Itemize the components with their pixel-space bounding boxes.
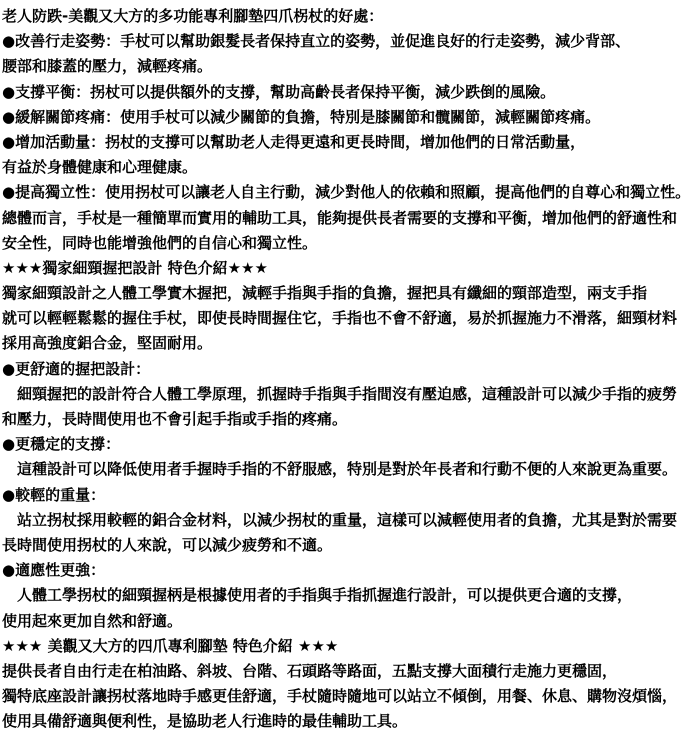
adaptability-detail-2: 使用起來更加自然和舒適。	[2, 609, 698, 634]
bullet-independence: ●提高獨立性：使用拐杖可以讓老人自主行動，減少對他人的依賴和照顧，提高他們的自尊…	[2, 180, 698, 205]
grip-intro-line-2: 就可以輕輕鬆鬆的握住手杖，即使長時間握住它，手指也不會不舒適，易於抓握施力不滑落…	[2, 306, 698, 331]
foot-pad-detail-3: 使用具備舒適與便利性，是協助老人行進時的最佳輔助工具。	[2, 709, 698, 734]
foot-pad-detail-2: 獨特底座設計讓拐杖落地時手感更佳舒適，手杖隨時隨地可以站立不傾倒，用餐、休息、購…	[2, 684, 698, 709]
product-description-document: 老人防跌-美觀又大方的多功能專利腳墊四爪柺杖的好處： ●改善行走姿勢：手杖可以幫…	[0, 0, 700, 739]
comfort-grip-detail-1: 細頸握把的設計符合人體工學原理，抓握時手指與手指間沒有壓迫感，這種設計可以減少手…	[2, 382, 698, 407]
grip-intro-line-1: 獨家細頸設計之人體工學實木握把，減輕手指與手指的負擔，握把具有纖細的頸部造型，兩…	[2, 281, 698, 306]
bullet-improve-posture: ●改善行走姿勢：手杖可以幫助銀髮長者保持直立的姿勢，並促進良好的行走姿勢，減少背…	[2, 29, 698, 54]
adaptability-detail-1: 人體工學拐杖的細頸握柄是根據使用者的手指與手指抓握進行設計，可以提供更合適的支撐…	[2, 583, 698, 608]
bullet-stable-support: ●更穩定的支撐：	[2, 432, 698, 457]
bullet-joint-pain-relief: ●緩解關節疼痛：使用手杖可以減少關節的負擔，特別是膝關節和髖關節，減輕關節疼痛。	[2, 105, 698, 130]
grip-intro-line-3: 採用高強度鋁合金，堅固耐用。	[2, 331, 698, 356]
bullet-increase-activity-cont: 有益於身體健康和心理健康。	[2, 155, 698, 180]
section-heading-slim-neck-grip: ★★★獨家細頸握把設計 特色介紹★★★	[2, 256, 698, 281]
lighter-weight-detail-2: 長時間使用拐杖的人來說，可以減少疲勞和不適。	[2, 533, 698, 558]
section-heading-quad-foot-pad: ★★★ 美觀又大方的四爪專利腳墊 特色介紹 ★★★	[2, 634, 698, 659]
foot-pad-detail-1: 提供長者自由行走在柏油路、斜坡、台階、石頭路等路面，五點支撐大面積行走施力更穩固…	[2, 659, 698, 684]
comfort-grip-detail-2: 和壓力，長時間使用也不會引起手指或手指的疼痛。	[2, 407, 698, 432]
title-line: 老人防跌-美觀又大方的多功能專利腳墊四爪柺杖的好處：	[2, 4, 698, 29]
summary-line-1: 總體而言，手杖是一種簡單而實用的輔助工具，能夠提供長者需要的支撐和平衡，增加他們…	[2, 206, 698, 231]
summary-line-2: 安全性，同時也能增強他們的自信心和獨立性。	[2, 231, 698, 256]
bullet-comfort-grip: ●更舒適的握把設計：	[2, 357, 698, 382]
lighter-weight-detail-1: 站立拐杖採用較輕的鋁合金材料，以減少拐杖的重量，這樣可以減輕使用者的負擔，尤其是…	[2, 508, 698, 533]
bullet-improve-posture-cont: 腰部和膝蓋的壓力，減輕疼痛。	[2, 54, 698, 79]
bullet-adaptability: ●適應性更強：	[2, 558, 698, 583]
bullet-increase-activity: ●增加活動量：拐杖的支撐可以幫助老人走得更遠和更長時間，增加他們的日常活動量，	[2, 130, 698, 155]
stable-support-detail: 這種設計可以降低使用者手握時手指的不舒服感，特別是對於年長者和行動不便的人來說更…	[2, 457, 698, 482]
bullet-lighter-weight: ●較輕的重量：	[2, 483, 698, 508]
bullet-support-balance: ●支撐平衡：拐杖可以提供額外的支撐，幫助高齡長者保持平衡，減少跌倒的風險。	[2, 80, 698, 105]
